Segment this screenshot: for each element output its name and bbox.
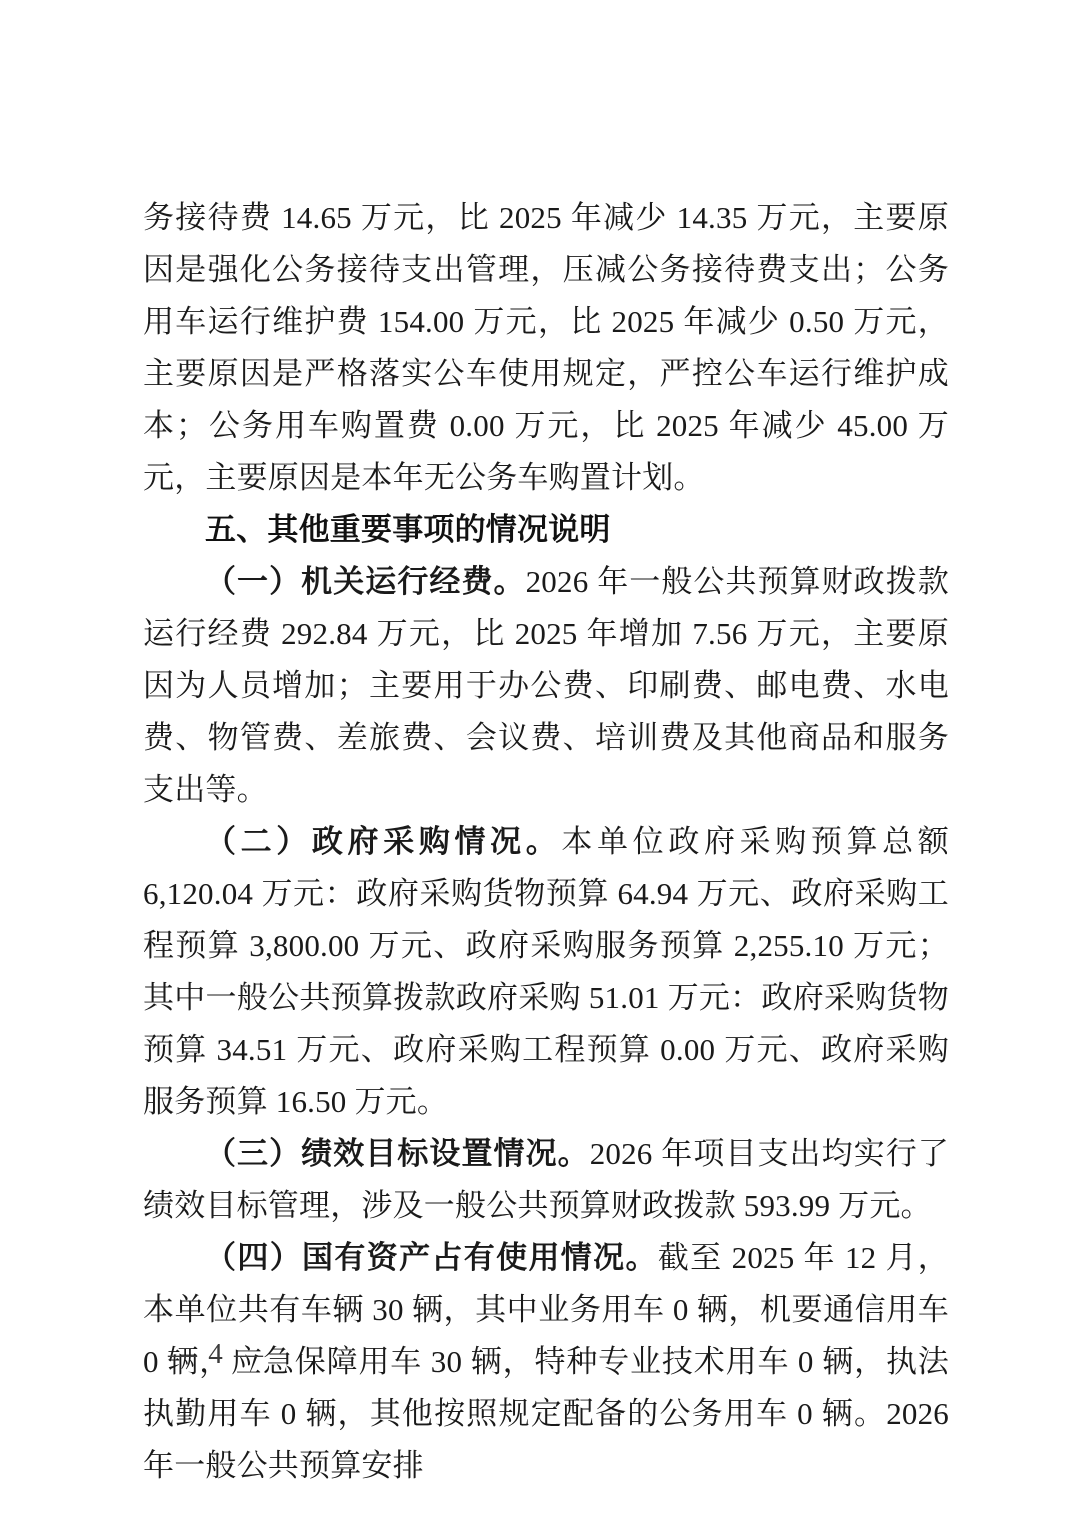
page-number: — 4 — — [168, 1338, 265, 1370]
item-4-lead: （四）国有资产占有使用情况。 — [205, 1240, 658, 1275]
item-1-lead: （一）机关运行经费。 — [205, 564, 526, 599]
item-2-lead: （二）政府采购情况。 — [205, 824, 561, 859]
section-heading: 五、其他重要事项的情况说明 — [143, 504, 949, 556]
paragraph-item-3: （三）绩效目标设置情况。2026 年项目支出均实行了绩效目标管理，涉及一般公共预… — [143, 1128, 949, 1232]
item-3-lead: （三）绩效目标设置情况。 — [205, 1136, 590, 1171]
document-body: 务接待费 14.65 万元，比 2025 年减少 14.35 万元，主要原因是强… — [143, 192, 949, 1492]
item-2-body: 本单位政府采购预算总额 6,120.04 万元：政府采购货物预算 64.94 万… — [143, 824, 949, 1119]
paragraph-item-1: （一）机关运行经费。2026 年一般公共预算财政拨款运行经费 292.84 万元… — [143, 556, 949, 816]
document-page: 务接待费 14.65 万元，比 2025 年减少 14.35 万元，主要原因是强… — [0, 0, 1074, 1520]
item-1-body: 2026 年一般公共预算财政拨款运行经费 292.84 万元，比 2025 年增… — [143, 564, 949, 807]
paragraph-continuation: 务接待费 14.65 万元，比 2025 年减少 14.35 万元，主要原因是强… — [143, 192, 949, 504]
paragraph-item-2: （二）政府采购情况。本单位政府采购预算总额 6,120.04 万元：政府采购货物… — [143, 816, 949, 1128]
